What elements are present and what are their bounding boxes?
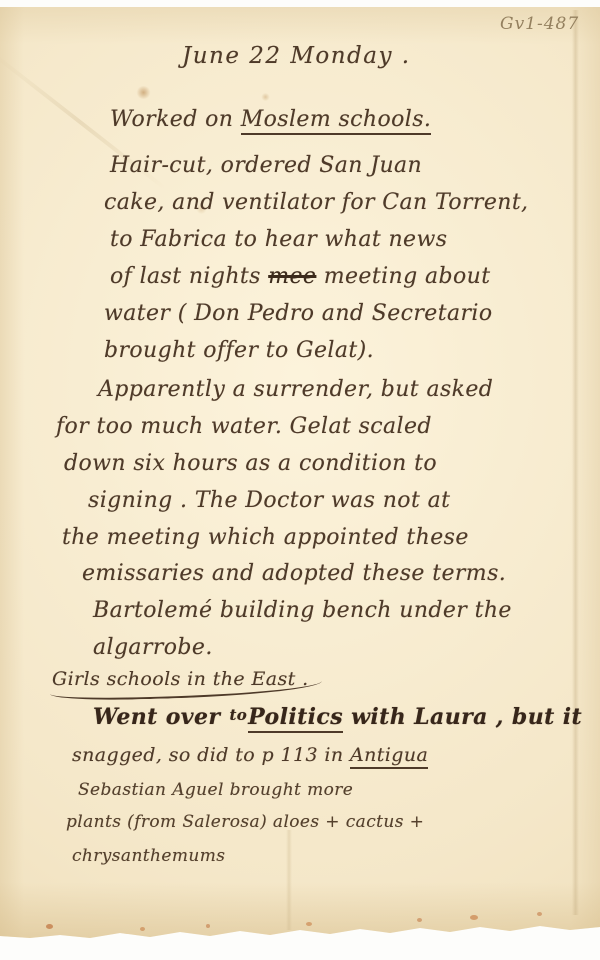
handwritten-line: to Fabrica to hear what news	[110, 226, 447, 254]
line-text: snagged, so did to p 113 in	[72, 744, 350, 766]
date-heading: June 22 Monday .	[182, 42, 411, 71]
handwritten-line: emissaries and adopted these terms.	[82, 560, 506, 588]
underlined-text: Moslem schools.	[241, 107, 432, 135]
handwritten-line: of last nights mee meeting about	[110, 263, 490, 291]
line-text: Worked on	[110, 107, 241, 132]
handwritten-line: Worked on Moslem schools.	[110, 106, 431, 134]
line-text: meeting about	[316, 264, 490, 289]
handwritten-line: algarrobe.	[93, 634, 213, 662]
handwritten-line: signing . The Doctor was not at	[88, 487, 450, 515]
line-text: Went over	[93, 704, 228, 730]
inserted-word: to	[229, 706, 247, 724]
handwritten-line: Sebastian Aguel brought more	[78, 780, 353, 801]
handwritten-line: Went over toPolitics with Laura , but it	[93, 704, 582, 732]
handwritten-line: Bartolemé building bench under the	[93, 597, 512, 625]
manuscript-text-layer: Gv1-487 June 22 Monday . Worked on Mosle…	[0, 0, 600, 960]
handwritten-line: the meeting which appointed these	[62, 524, 469, 552]
handwritten-line: chrysanthemums	[72, 846, 225, 867]
underlined-text: Antigua	[350, 744, 428, 769]
line-text: with Laura , but it	[343, 704, 582, 730]
handwritten-line: Apparently a surrender, but asked	[98, 376, 493, 404]
line-text: of last nights	[110, 264, 268, 289]
handwritten-line: down six hours as a condition to	[64, 450, 437, 478]
underlined-text: Politics	[248, 704, 343, 733]
handwritten-line: Hair-cut, ordered San Juan	[110, 152, 422, 180]
handwritten-line: for too much water. Gelat scaled	[56, 413, 432, 441]
handwritten-line: water ( Don Pedro and Secretario	[104, 300, 492, 328]
handwritten-line: Girls schools in the East .	[52, 668, 309, 692]
handwritten-line: plants (from Salerosa) aloes + cactus +	[66, 812, 424, 833]
catalog-number: Gv1-487	[500, 14, 579, 35]
handwritten-line: snagged, so did to p 113 in Antigua	[72, 744, 428, 768]
handwritten-line: brought offer to Gelat).	[104, 337, 374, 365]
handwritten-line: cake, and ventilator for Can Torrent,	[104, 189, 528, 217]
scribbled-out-word: mee	[268, 264, 316, 289]
